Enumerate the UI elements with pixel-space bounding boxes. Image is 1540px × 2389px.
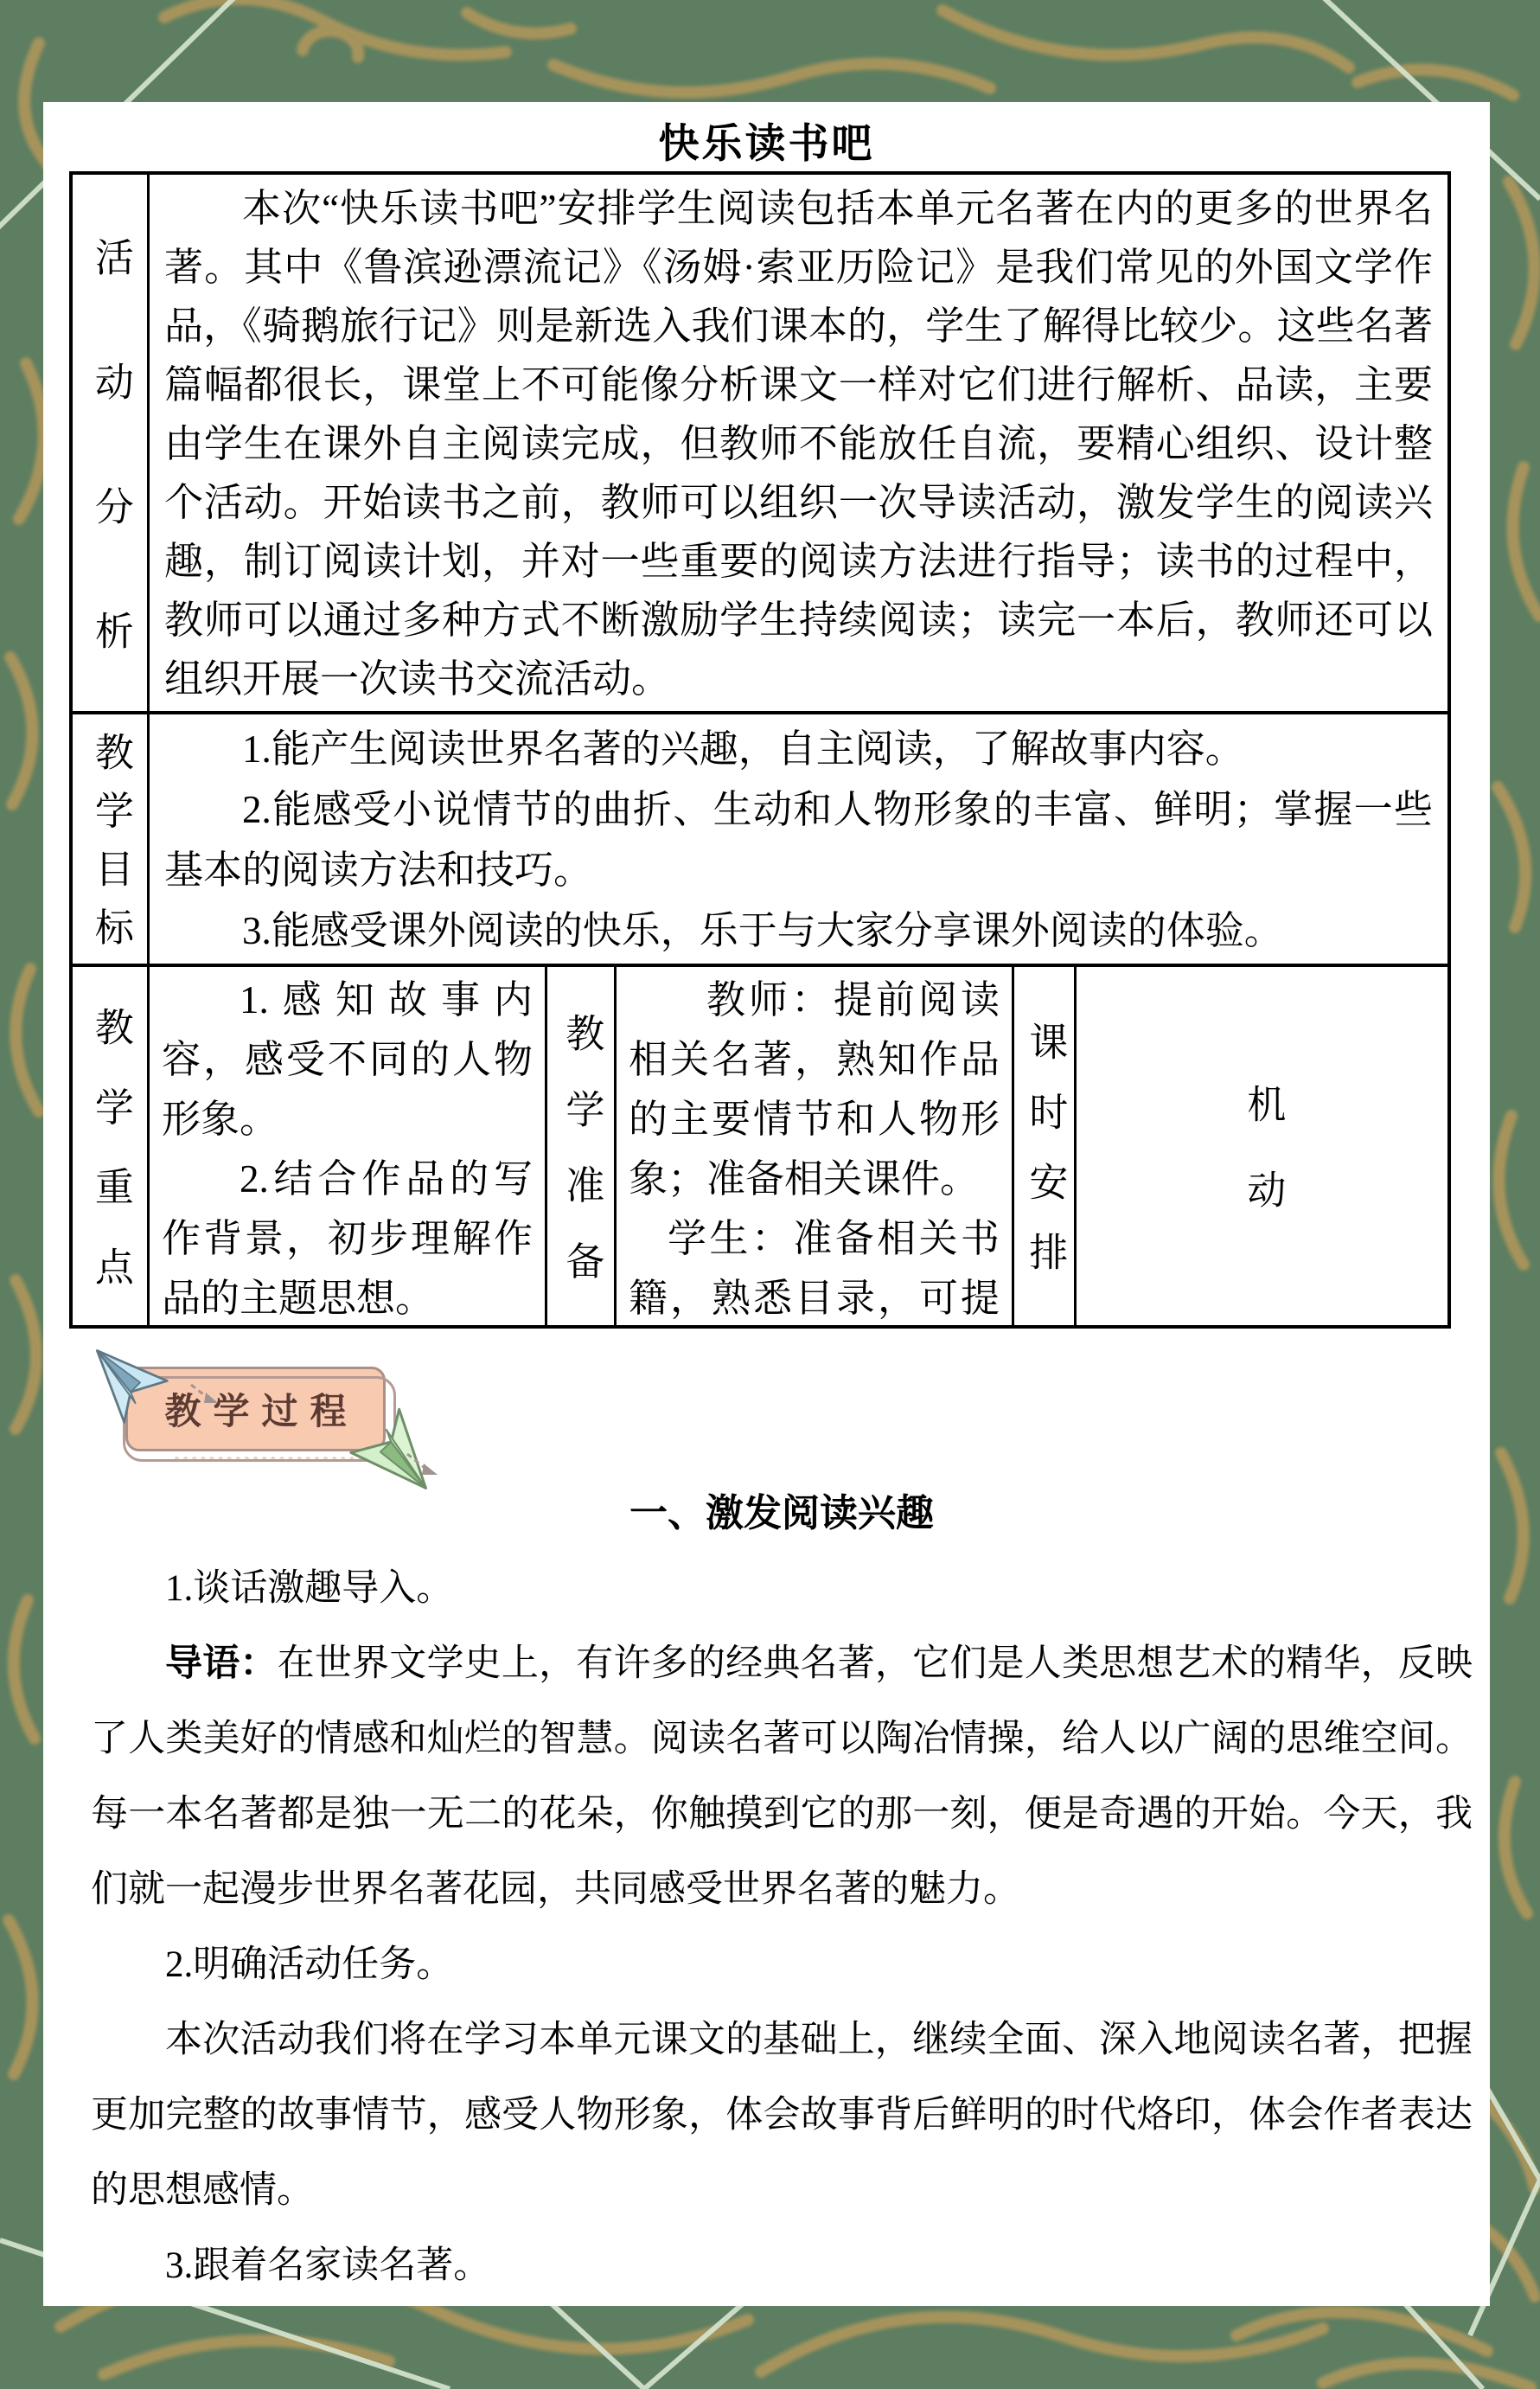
small-arrow-icon: [405, 1451, 444, 1483]
activity-analysis-text: 本次“快乐读书吧”安排学生阅读包括本单元名著在内的更多的世界名著。其中《鲁滨逊漂…: [164, 179, 1433, 708]
schedule-label-cell: 课时安排: [1012, 967, 1074, 1325]
teaching-objectives-label: 教学目标: [87, 732, 132, 964]
page-title: 快乐读书吧: [43, 118, 1490, 170]
preparation-teacher-text: 教师：提前阅读相关名著，熟知作品的主要情节和人物形象；准备相关课件。: [629, 970, 1000, 1209]
teaching-objectives-label-cell: 教学目标: [73, 714, 147, 964]
teaching-objectives-content-cell: 1.能产生阅读世界名著的兴趣，自主阅读，了解故事内容。 2.能感受小说情节的曲折…: [147, 714, 1447, 964]
objective-item: 1.能产生阅读世界名著的兴趣，自主阅读，了解故事内容。: [164, 719, 1433, 779]
lead-in-paragraph: 导语：在世界文学史上，有许多的经典名著，它们是人类思想艺术的精华，反映了人类美好…: [91, 1626, 1473, 1927]
key-points-content-cell: 1.感知故事内容，感受不同的人物形象。 2.结合作品的写作背景，初步理解作品的主…: [147, 967, 545, 1325]
step-1: 1.谈话激趣导入。: [91, 1551, 1473, 1626]
activity-analysis-label-cell: 活动分析: [73, 175, 147, 711]
objective-item: 3.能感受课外阅读的快乐，乐于与大家分享课外阅读的体验。: [164, 900, 1433, 961]
table-row-teaching-objectives: 教学目标 1.能产生阅读世界名著的兴趣，自主阅读，了解故事内容。 2.能感受小说…: [73, 711, 1447, 964]
document-page: 快乐读书吧 活动分析 本次“快乐读书吧”安排学生阅读包括本单元名著在内的更多的世…: [43, 102, 1490, 2306]
paper-plane-blue-icon: [91, 1337, 170, 1434]
step-3: 3.跟着名家读名著。: [91, 2228, 1473, 2303]
teaching-process-section: 一、激发阅读兴趣 1.谈话激趣导入。 导语：在世界文学史上，有许多的经典名著，它…: [43, 1476, 1490, 2303]
table-row-activity-analysis: 活动分析 本次“快乐读书吧”安排学生阅读包括本单元名著在内的更多的世界名著。其中…: [73, 175, 1447, 711]
preparation-label: 教学准备: [559, 1013, 604, 1316]
activity-analysis-content-cell: 本次“快乐读书吧”安排学生阅读包括本单元名著在内的更多的世界名著。其中《鲁滨逊漂…: [147, 175, 1447, 711]
lead-in-label: 导语：: [165, 1643, 278, 1684]
key-point-item: 2.结合作品的写作背景，初步理解作品的主题思想。: [162, 1150, 533, 1325]
section-heading: 一、激发阅读兴趣: [91, 1476, 1473, 1551]
screenshot-root: { "title": "快乐读书吧", "table": { "row1_lab…: [0, 0, 1540, 2389]
step-2: 2.明确活动任务。: [91, 1927, 1473, 2002]
lead-in-text: 在世界文学史上，有许多的经典名著，它们是人类思想艺术的精华，反映了人类美好的情感…: [91, 1643, 1473, 1910]
key-points-label: 教学重点: [87, 1007, 132, 1325]
activity-analysis-label: 活动分析: [87, 237, 132, 712]
table-row-key-points: 教学重点 1.感知故事内容，感受不同的人物形象。 2.结合作品的写作背景，初步理…: [73, 964, 1447, 1325]
preparation-content-cell: 教师：提前阅读相关名著，熟知作品的主要情节和人物形象；准备相关课件。 学生：准备…: [614, 967, 1012, 1325]
preparation-student-text: 学生：准备相关书籍，熟悉目录，可提前阅读一部分，初步了解主要内容。: [629, 1209, 1000, 1325]
lesson-plan-table: 活动分析 本次“快乐读书吧”安排学生阅读包括本单元名著在内的更多的世界名著。其中…: [69, 171, 1451, 1329]
schedule-value-cell: 机动: [1074, 967, 1447, 1325]
task-paragraph: 本次活动我们将在学习本单元课文的基础上，继续全面、深入地阅读名著，把握更加完整的…: [91, 2002, 1473, 2228]
key-point-item: 1.感知故事内容，感受不同的人物形象。: [162, 970, 533, 1150]
small-arrow-icon: [189, 1382, 225, 1410]
schedule-label: 课时安排: [1022, 1022, 1067, 1302]
preparation-label-cell: 教学准备: [545, 967, 614, 1325]
teaching-process-badge-label: 教学过程: [152, 1383, 358, 1435]
schedule-value: 机动: [1240, 1084, 1285, 1255]
objective-item: 2.能感受小说情节的曲折、生动和人物形象的丰富、鲜明；掌握一些基本的阅读方法和技…: [164, 779, 1433, 900]
key-points-label-cell: 教学重点: [73, 967, 147, 1325]
